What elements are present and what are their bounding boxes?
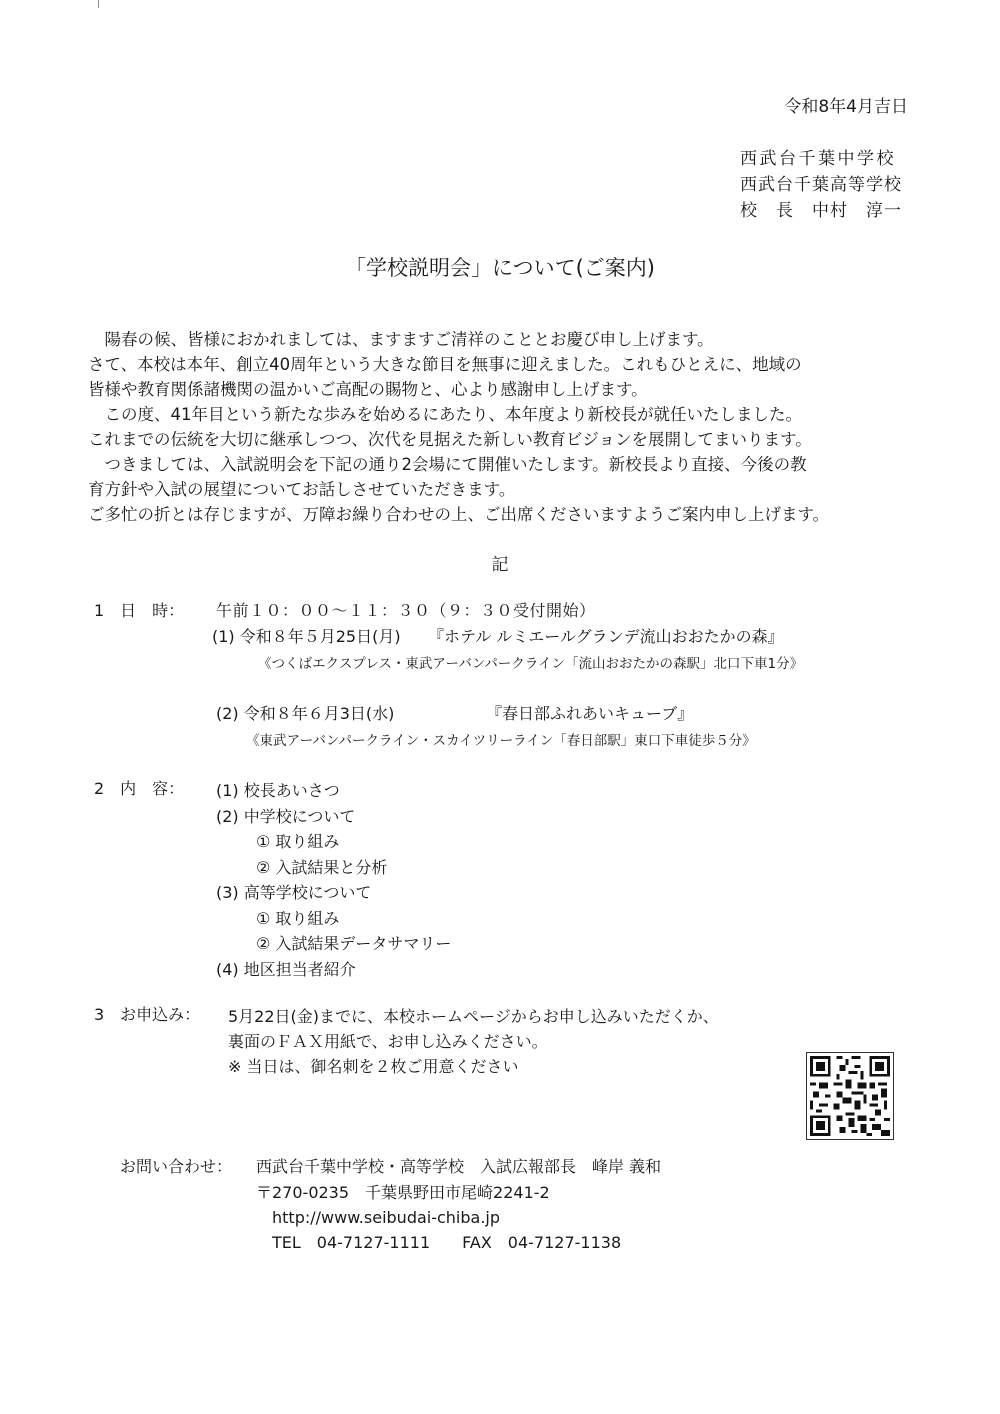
body-line: 育方針や入試の展望についてお話しさせていただきます。 xyxy=(88,477,829,502)
qr-code-icon[interactable] xyxy=(806,1052,894,1140)
section2-label: 2 内 容： xyxy=(94,778,184,800)
application-line: 5月22日(金)までに、本校ホームページからお申し込みいただくか、 xyxy=(228,1004,719,1029)
body-line: この度、41年目という新たな歩みを始めるにあたり、本年度より新校長が就任いたしま… xyxy=(88,402,829,427)
venue1-place: 『ホテル ルミエールグランデ流山おおたかの森』 xyxy=(428,626,784,648)
agenda-item: (1) 校長あいさつ xyxy=(216,778,451,804)
section3-label: 3 お申込み： xyxy=(94,1004,200,1026)
section1-label: 1 日 時： xyxy=(94,600,184,622)
venue2-place: 『春日部ふれあいキューブ』 xyxy=(486,703,693,725)
body-line: ご多忙の折とは存じますが、万障お繰り合わせの上、ご出席くださいますようご案内申し… xyxy=(88,502,829,527)
agenda-subitem: ② 入試結果と分析 xyxy=(216,855,451,881)
agenda-item: (3) 高等学校について xyxy=(216,880,451,906)
body-line: 皆様や教育関係諸機関の温かいご高配の賜物と、心より感謝申し上げます。 xyxy=(88,377,829,402)
sender-block: 西武台千葉中学校 西武台千葉高等学校 校 長 中村 淳一 xyxy=(740,146,902,224)
agenda-subitem: ① 取り組み xyxy=(216,829,451,855)
sender-line: 校 長 中村 淳一 xyxy=(740,198,902,224)
venue2-date: (2) 令和８年６月3日(水) xyxy=(216,703,394,725)
scan-mark xyxy=(98,0,99,8)
sender-line: 西武台千葉中学校 xyxy=(740,146,902,172)
contact-phone-fax: TEL 04-7127-1111 FAX 04-7127-1138 xyxy=(272,1232,621,1254)
application-text: 5月22日(金)までに、本校ホームページからお申し込みいただくか、 裏面のＦＡＸ… xyxy=(228,1004,719,1079)
issue-date: 令和8年4月吉日 xyxy=(784,96,908,118)
venue1-access: 《つくばエクスプレス・東武アーバンパークライン「流山おおたかの森駅」北口下車1分… xyxy=(258,655,803,673)
sender-line: 西武台千葉高等学校 xyxy=(740,172,902,198)
body-line: これまでの伝統を大切に継承しつつ、次代を見据えた新しい教育ビジョンを展開してまい… xyxy=(88,427,829,452)
application-line: ※ 当日は、御名刺を２枚ご用意ください xyxy=(228,1054,719,1079)
ki-heading: 記 xyxy=(0,550,1000,575)
application-line: 裏面のＦＡＸ用紙で、お申し込みください。 xyxy=(228,1029,719,1054)
body-line: つきましては、入試説明会を下記の通り2会場にて開催いたします。新校長より直接、今… xyxy=(88,452,829,477)
agenda-subitem: ① 取り組み xyxy=(216,906,451,932)
body-line: 陽春の候、皆様におかれましては、ますますご清祥のこととお慶び申し上げます。 xyxy=(88,327,829,352)
contact-label: お問い合わせ： xyxy=(120,1156,232,1178)
venue2-access: 《東武アーバンパークライン・スカイツリーライン「春日部駅」東口下車徒歩５分》 xyxy=(246,732,756,750)
agenda-subitem: ② 入試結果データサマリー xyxy=(216,931,451,957)
contact-url-link[interactable]: http://www.seibudai-chiba.jp xyxy=(272,1207,500,1229)
agenda-item: (2) 中学校について xyxy=(216,804,451,830)
document-title: 「学校説明会」について(ご案内) xyxy=(0,252,1000,282)
agenda-item: (4) 地区担当者紹介 xyxy=(216,957,451,983)
agenda-list: (1) 校長あいさつ (2) 中学校について ① 取り組み ② 入試結果と分析 … xyxy=(216,778,451,982)
section1-time: 午前１０：００～１１：３０（９：３０受付開始） xyxy=(216,600,596,622)
body-line: さて、本校は本年、創立40周年という大きな節目を無事に迎えました。これもひとえに… xyxy=(88,352,829,377)
contact-address: 〒270-0235 千葉県野田市尾崎2241-2 xyxy=(256,1182,550,1204)
venue1-date: (1) 令和８年５月25日(月) xyxy=(212,626,401,648)
contact-org: 西武台千葉中学校・高等学校 入試広報部長 峰岸 義和 xyxy=(256,1156,661,1178)
body-text: 陽春の候、皆様におかれましては、ますますご清祥のこととお慶び申し上げます。 さて… xyxy=(88,327,829,527)
